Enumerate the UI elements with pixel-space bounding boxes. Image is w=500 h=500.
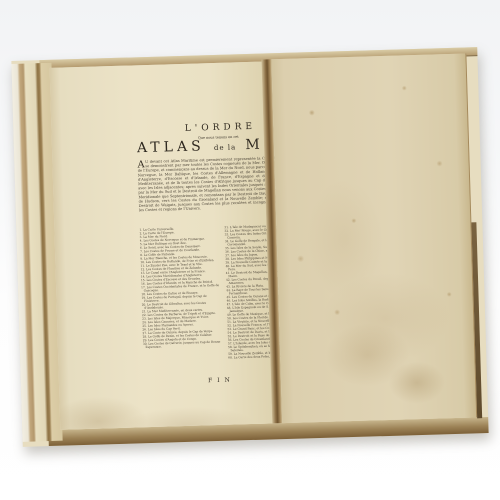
open-book: L'ORDRE Que nous tenons en cet ATLAS de …: [11, 47, 488, 447]
left-page: L'ORDRE Que nous tenons en cet ATLAS de …: [50, 62, 273, 430]
list-item: 30. Les Costes de Cafrerie, jusques au C…: [143, 340, 222, 349]
contents-column-left: 1. La Carte Universelle.2. La Carte de l…: [139, 226, 222, 374]
dela-word: de la: [214, 141, 237, 155]
photo-of-open-atlas: L'ORDRE Que nous tenons en cet ATLAS de …: [0, 0, 500, 500]
right-page-blank: [271, 53, 477, 423]
dropcap-letter: A: [137, 160, 144, 168]
atlas-word: ATLAS: [137, 140, 205, 155]
title-line1: L'ORDRE: [185, 122, 256, 134]
